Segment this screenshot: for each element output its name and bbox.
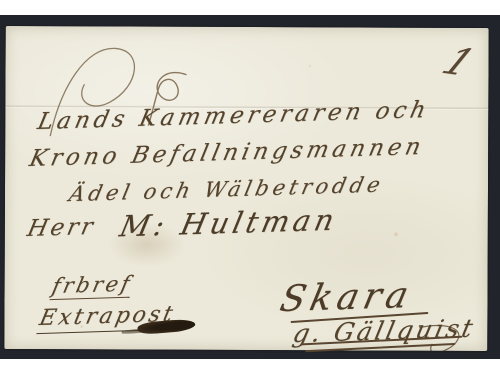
addressee-name: M: Hultman [117, 203, 341, 244]
address-honorific: Herr [25, 214, 98, 242]
dark-mount-background: 1 Lands Kammereraren och Krono Befallnin… [0, 15, 500, 359]
free-letter-notation: frbref [50, 272, 135, 301]
letter-cover: 1 Lands Kammereraren och Krono Befallnin… [4, 26, 488, 351]
